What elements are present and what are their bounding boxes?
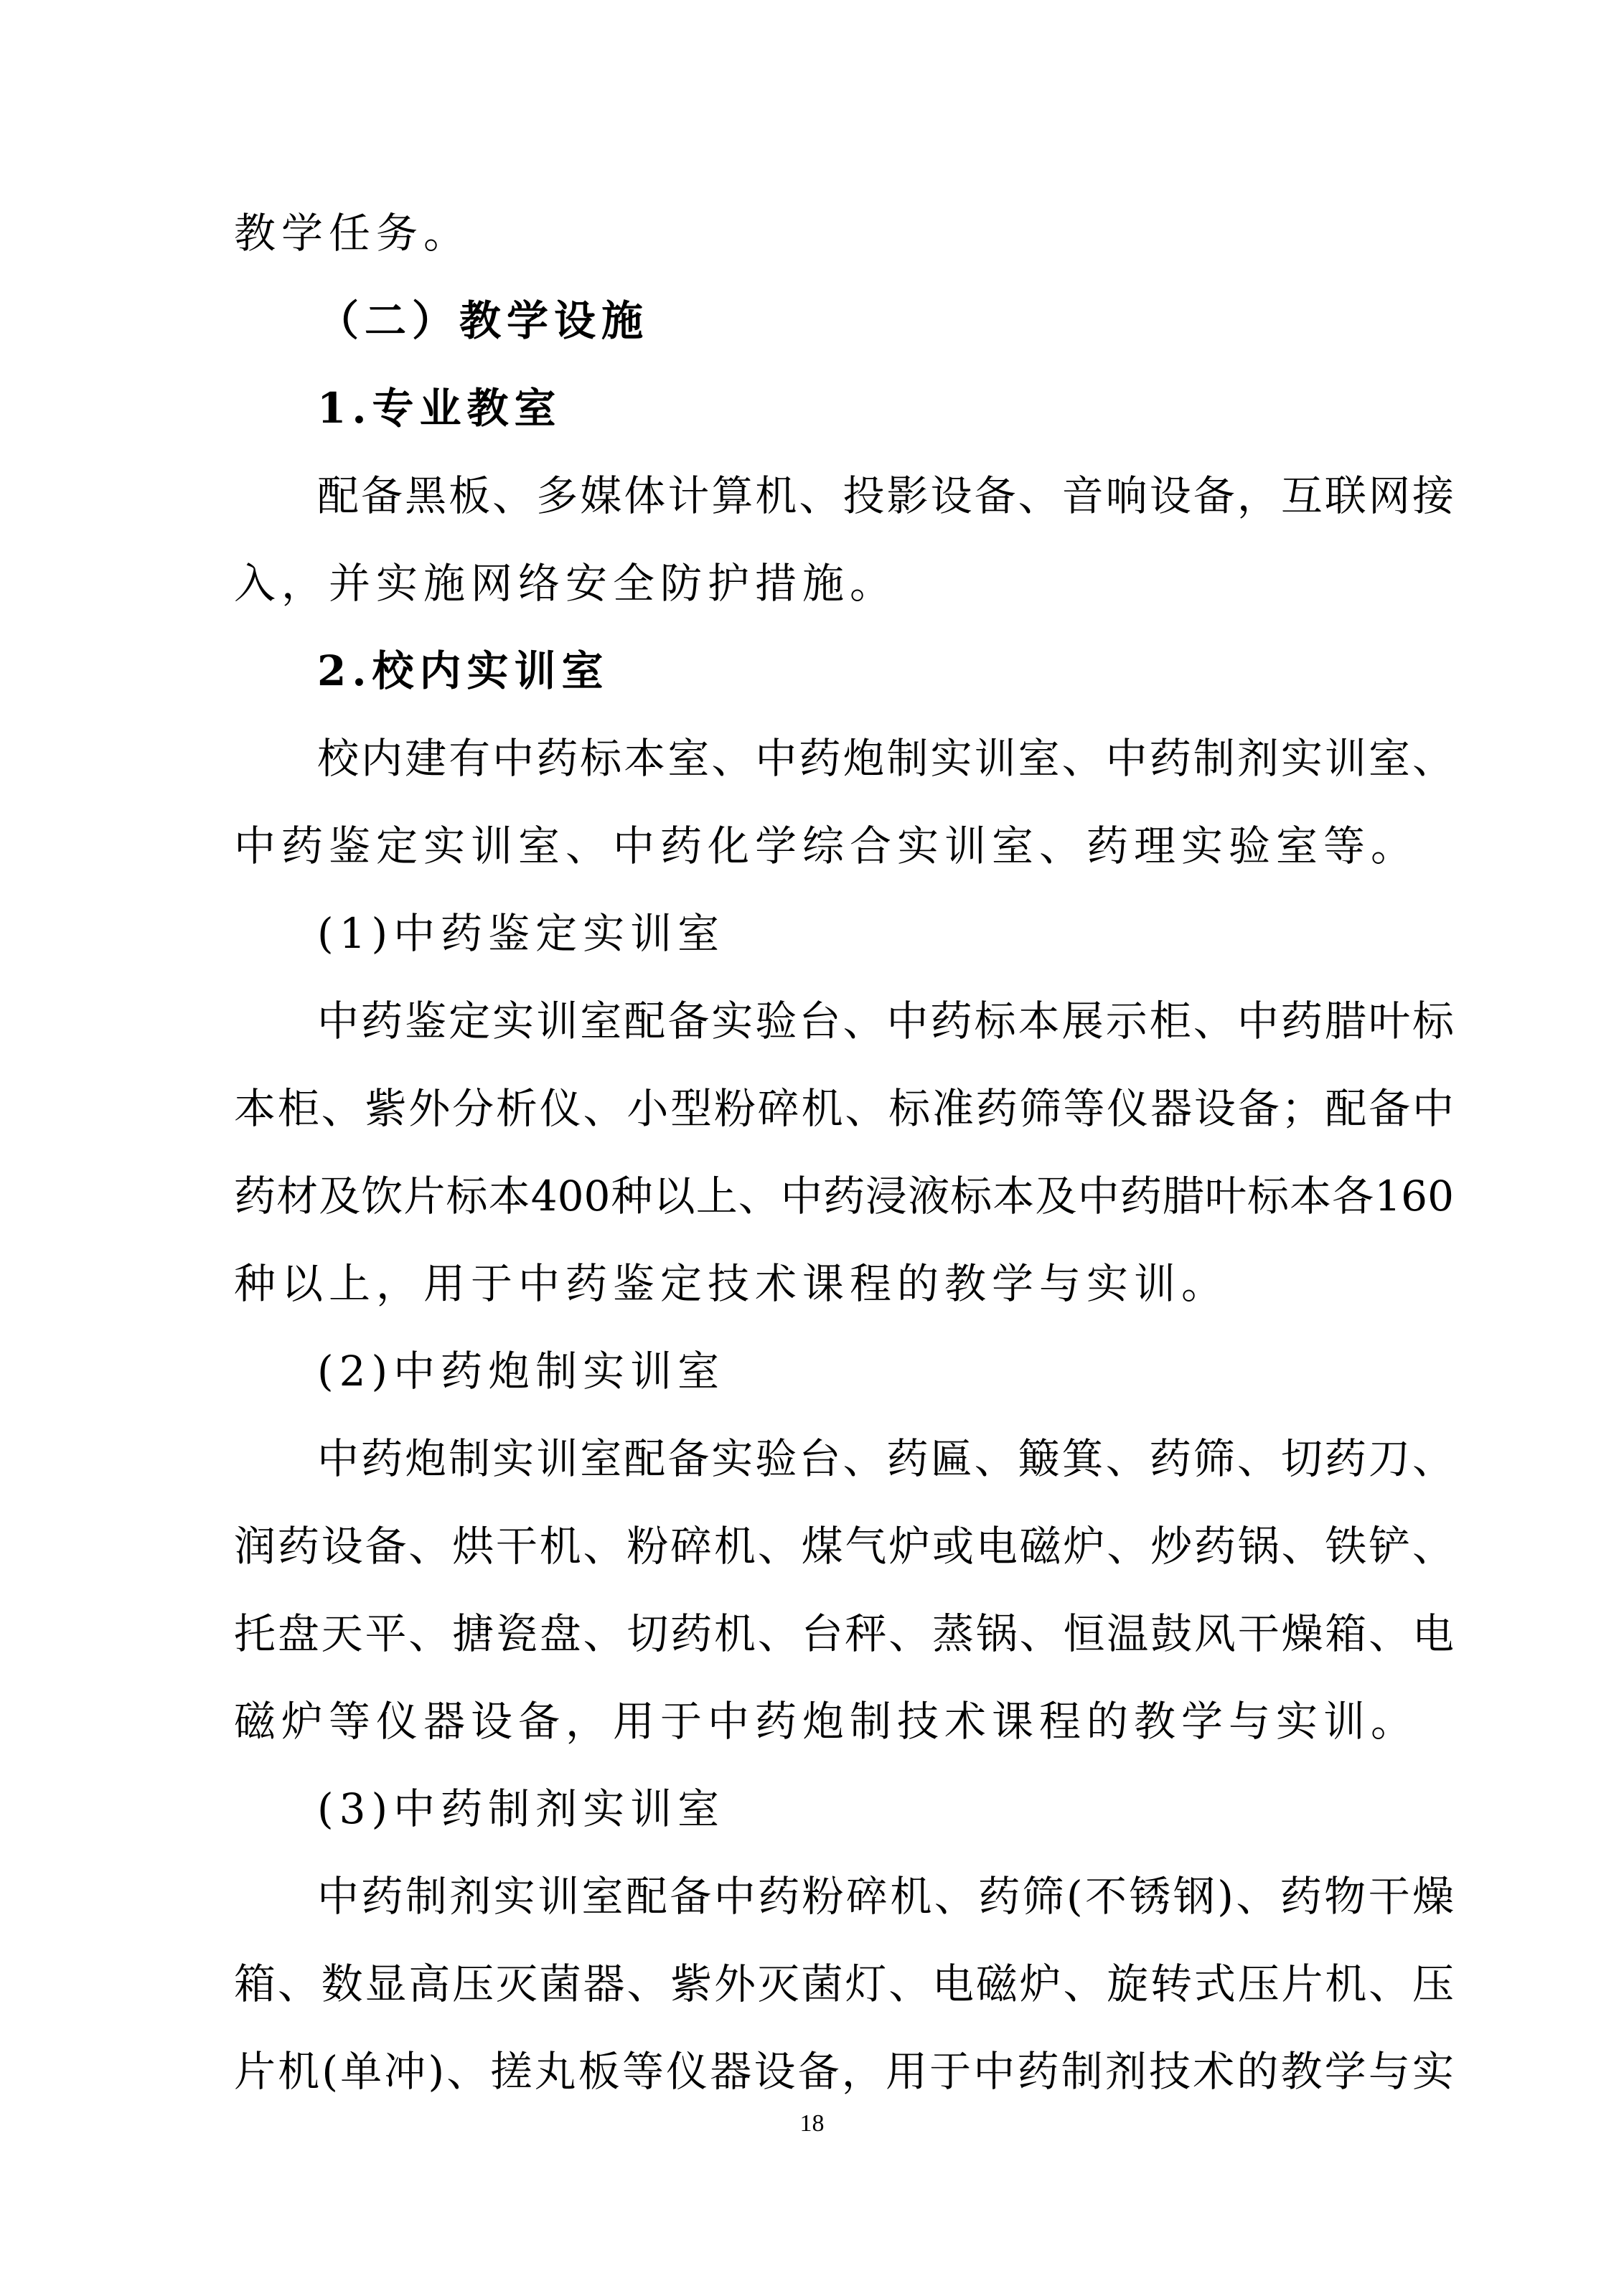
paragraph-line: 种以上，用于中药鉴定技术课程的教学与实训。 xyxy=(234,1258,1229,1309)
paragraph-line: 润药设备、烘干机、粉碎机、煤气炉或电磁炉、炒药锅、铁铲、 xyxy=(234,1521,1454,1571)
subsection-heading: 2.校内实训室 xyxy=(317,646,609,696)
paragraph-first-line: 校内建有中药标本室、中药炮制实训室、中药制剂实训室、 xyxy=(317,733,1454,784)
document-page: 教学任务。（二）教学设施1.专业教室配备黑板、多媒体计算机、投影设备、音响设备，… xyxy=(0,0,1624,2296)
paragraph-first-line: 中药鉴定实训室配备实验台、中药标本展示柜、中药腊叶标 xyxy=(317,996,1454,1046)
paragraph-line: 磁炉等仪器设备，用于中药炮制技术课程的教学与实训。 xyxy=(234,1696,1418,1746)
paragraph-first-line: 中药炮制实训室配备实验台、药匾、簸箕、药筛、切药刀、 xyxy=(317,1434,1454,1484)
paragraph-line: 中药鉴定实训室、中药化学综合实训室、药理实验室等。 xyxy=(234,821,1418,871)
paragraph-line: 本柜、紫外分析仪、小型粉碎机、标准药筛等仪器设备；配备中 xyxy=(234,1083,1454,1134)
item-heading: (1)中药鉴定实训室 xyxy=(317,908,725,959)
paragraph-line: 药材及饮片标本400种以上、中药浸液标本及中药腊叶标本各160 xyxy=(234,1171,1454,1221)
paragraph-line: 托盘天平、搪瓷盘、切药机、台秤、蒸锅、恒温鼓风干燥箱、电 xyxy=(234,1609,1454,1659)
section-heading: （二）教学设施 xyxy=(317,296,649,346)
paragraph-first-line: 中药制剂实训室配备中药粉碎机、药筛(不锈钢)、药物干燥 xyxy=(317,1871,1454,1921)
page-number: 18 xyxy=(0,2109,1624,2138)
paragraph-line: 入，并实施网络安全防护措施。 xyxy=(234,558,897,608)
item-heading: (3)中药制剂实训室 xyxy=(317,1784,725,1834)
paragraph-first-line: 配备黑板、多媒体计算机、投影设备、音响设备，互联网接 xyxy=(317,471,1454,521)
item-heading: (2)中药炮制实训室 xyxy=(317,1346,725,1396)
paragraph-line: 片机(单冲)、搓丸板等仪器设备，用于中药制剂技术的教学与实 xyxy=(234,2046,1454,2097)
paragraph-line: 教学任务。 xyxy=(234,208,471,258)
subsection-heading: 1.专业教室 xyxy=(317,383,562,433)
paragraph-line: 箱、数显高压灭菌器、紫外灭菌灯、电磁炉、旋转式压片机、压 xyxy=(234,1959,1454,2009)
